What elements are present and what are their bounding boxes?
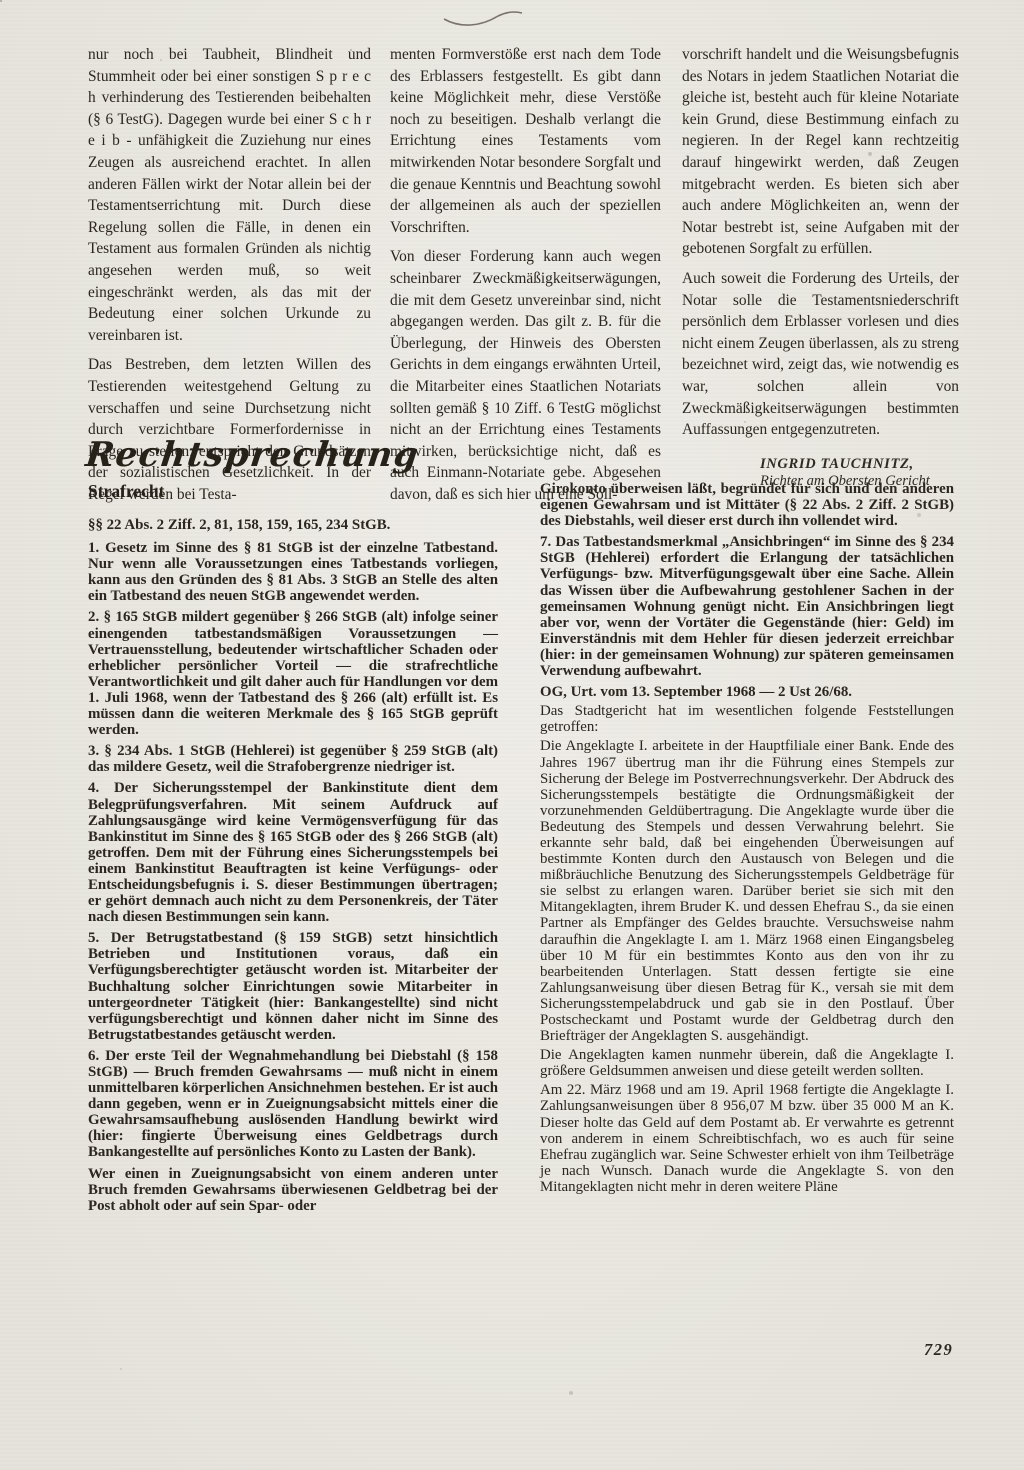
article-column-2: menten Formverstöße erst nach dem Tode d… <box>390 44 661 513</box>
article-paragraph: Auch soweit die Forderung des Urteils, d… <box>682 268 959 441</box>
decision-column-right: Girokonto überweisen läßt, begründet für… <box>540 481 954 1198</box>
decision-paragraph: Am 22. März 1968 und am 19. April 1968 f… <box>540 1082 954 1195</box>
section-title-rechtsprechung: Rechtsprechung <box>84 436 422 474</box>
article-paragraph: vorschrift handelt und die Weisungsbefug… <box>682 44 959 260</box>
headnote-continuation-end: Girokonto überweisen läßt, begründet für… <box>540 481 954 529</box>
headnote-2: 2. § 165 StGB mildert gegenüber § 266 St… <box>88 609 498 738</box>
page-number: 729 <box>924 1340 953 1360</box>
decision-paragraph: Die Angeklagten kamen nunmehr überein, d… <box>540 1047 954 1079</box>
decision-column-left: §§ 22 Abs. 2 Ziff. 2, 81, 158, 159, 165,… <box>88 517 498 1219</box>
headnote-6: 6. Der erste Teil der Wegnahmehandlung b… <box>88 1048 498 1161</box>
headnote-1: 1. Gesetz im Sinne des § 81 StGB ist der… <box>88 540 498 604</box>
article-paragraph: nur noch bei Taubheit, Blindheit und Stu… <box>88 44 371 346</box>
article-column-3: vorschrift handelt und die Weisungsbefug… <box>682 44 959 491</box>
article-paragraph: Von dieser Forderung kann auch wegen sch… <box>390 246 661 505</box>
subsection-title-strafrecht: Strafrecht <box>88 481 164 501</box>
case-reference: OG, Urt. vom 13. September 1968 — 2 Ust … <box>540 684 954 700</box>
statute-reference-line: §§ 22 Abs. 2 Ziff. 2, 81, 158, 159, 165,… <box>88 517 498 533</box>
decision-paragraph: Das Stadtgericht hat im wesentlichen fol… <box>540 703 954 735</box>
dust-specks <box>0 0 2 2</box>
headnote-7: 7. Das Tatbestandsmerkmal „Ansichbringen… <box>540 534 954 679</box>
headnote-3: 3. § 234 Abs. 1 StGB (Hehlerei) ist gege… <box>88 743 498 775</box>
article-paragraph: menten Formverstöße erst nach dem Tode d… <box>390 44 661 238</box>
scan-squiggle-mark <box>438 6 528 30</box>
decision-paragraph: Die Angeklagte I. arbeitete in der Haupt… <box>540 738 954 1044</box>
headnote-5: 5. Der Betrugstatbestand (§ 159 StGB) se… <box>88 930 498 1043</box>
headnote-4: 4. Der Sicherungsstempel der Bankinstitu… <box>88 780 498 925</box>
headnote-continuation-start: Wer einen in Zueignungsabsicht von einem… <box>88 1166 498 1214</box>
author-name: INGRID TAUCHNITZ, <box>760 456 959 474</box>
journal-page: nur noch bei Taubheit, Blindheit und Stu… <box>0 0 1024 1470</box>
